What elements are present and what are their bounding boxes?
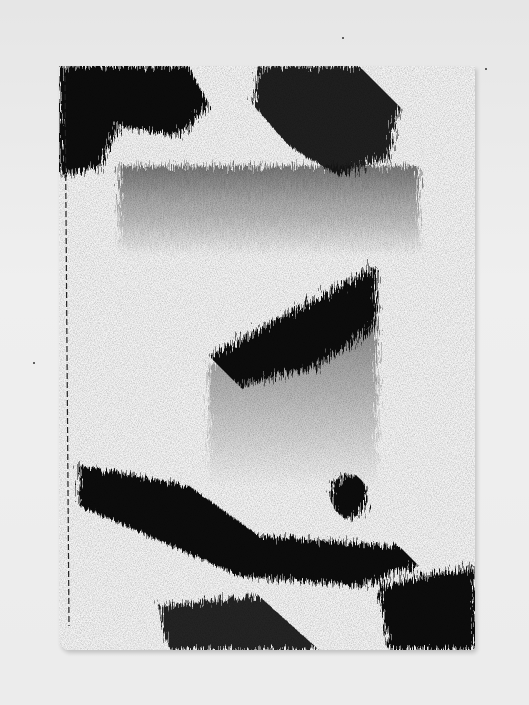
ink-painting <box>59 66 475 650</box>
wall-speck <box>33 362 35 364</box>
ink-painting-paper <box>59 66 475 650</box>
wall-speck <box>485 68 487 70</box>
ink-speckle-texture <box>59 66 475 650</box>
wall-speck <box>342 37 344 39</box>
